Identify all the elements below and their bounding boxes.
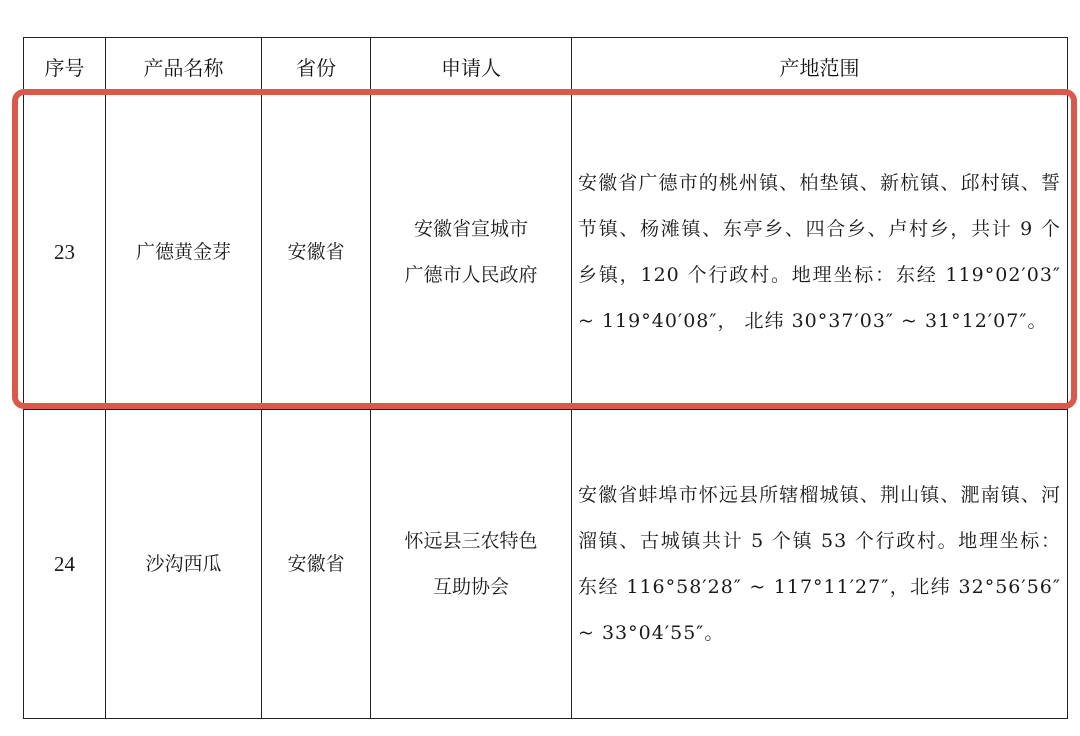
row-index: 24 [24, 410, 106, 719]
header-province: 省份 [262, 38, 371, 95]
table-header-row: 序号 产品名称 省份 申请人 产地范围 [24, 38, 1068, 95]
row-origin-range: 安徽省广德市的桃州镇、柏垫镇、新杭镇、邱村镇、誓节镇、杨滩镇、东亭乡、四合乡、卢… [572, 95, 1068, 410]
header-applicant: 申请人 [371, 38, 572, 95]
row-applicant: 怀远县三农特色 互助协会 [371, 410, 572, 719]
header-product-name: 产品名称 [106, 38, 262, 95]
applicant-line: 互助协会 [371, 564, 571, 610]
row-product-name: 沙沟西瓜 [106, 410, 262, 719]
row-origin-range: 安徽省蚌埠市怀远县所辖榴城镇、荆山镇、淝南镇、河溜镇、古城镇共计 5 个镇 53… [572, 410, 1068, 719]
applicant-line: 广德市人民政府 [371, 252, 571, 298]
geographic-indication-table: 序号 产品名称 省份 申请人 产地范围 23 广德黄金芽 安徽省 安徽省宣城市 … [23, 37, 1068, 719]
row-province: 安徽省 [262, 95, 371, 410]
applicant-line: 怀远县三农特色 [371, 518, 571, 564]
table-row: 23 广德黄金芽 安徽省 安徽省宣城市 广德市人民政府 安徽省广德市的桃州镇、柏… [24, 95, 1068, 410]
row-applicant: 安徽省宣城市 广德市人民政府 [371, 95, 572, 410]
header-index: 序号 [24, 38, 106, 95]
row-product-name: 广德黄金芽 [106, 95, 262, 410]
header-origin-range: 产地范围 [572, 38, 1068, 95]
table-row: 24 沙沟西瓜 安徽省 怀远县三农特色 互助协会 安徽省蚌埠市怀远县所辖榴城镇、… [24, 410, 1068, 719]
row-index: 23 [24, 95, 106, 410]
row-province: 安徽省 [262, 410, 371, 719]
applicant-line: 安徽省宣城市 [371, 206, 571, 252]
